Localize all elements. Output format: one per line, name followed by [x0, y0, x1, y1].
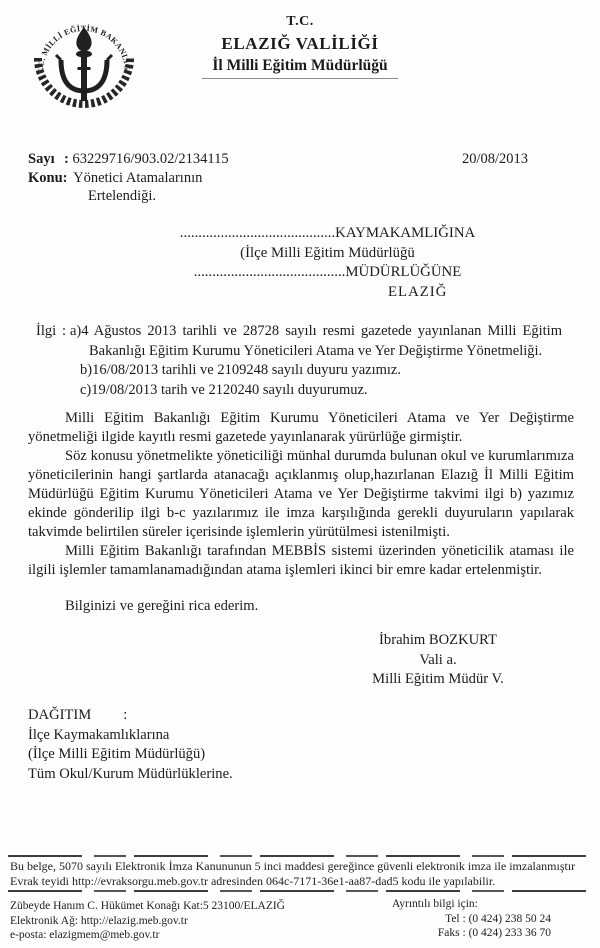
scanned-official-letter: T.C. MİLLİ EĞİTİM BAKANLIĞI T.C. ELAZIĞ …	[0, 0, 600, 948]
sayi-row: Sayı: 63229716/903.02/2134115	[28, 150, 229, 169]
konu-value-line1: Yönetici Atamalarının	[73, 170, 202, 186]
contact-email: e-posta: elazigmem@meb.gov.tr	[10, 928, 370, 943]
contact-left-column: Zübeyde Hanım C. Hükümet Konağı Kat:5 23…	[10, 899, 370, 943]
konu-value-line2: Ertelendiği.	[28, 187, 229, 206]
contact-website: Elektronik Ağ: http://elazig.meb.gov.tr	[10, 914, 370, 929]
esignature-line-1: Bu belge, 5070 sayılı Elektronik İmza Ka…	[10, 859, 592, 874]
addressee-line-kaymakamlik: ........................................…	[0, 224, 600, 244]
ilgi-item-a: a)4 Ağustos 2013 tarihli ve 28728 sayılı…	[70, 322, 562, 361]
header-org-line1: ELAZIĞ VALİLİĞİ	[0, 33, 600, 54]
contact-tel: Tel : (0 424) 238 50 24	[392, 912, 557, 927]
ilgi-label: İlgi	[36, 322, 56, 342]
body-paragraph-3: Milli Eğitim Bakanlığı tarafından MEBBİS…	[28, 542, 574, 580]
sayi-value: 63229716/903.02/2134115	[72, 151, 228, 167]
distribution-item-2: (İlçe Milli Eğitim Müdürlüğü)	[28, 745, 233, 765]
signer-name: İbrahim BOZKURT	[328, 631, 548, 651]
signer-title-2: Milli Eğitim Müdür V.	[328, 670, 548, 690]
konu-row: Konu: Yönetici Atamalarının	[28, 169, 229, 188]
divider-line-top	[8, 855, 592, 857]
document-date: 20/08/2013	[462, 151, 528, 168]
contact-right-column: Ayrıntılı bilgi için: Tel : (0 424) 238 …	[392, 897, 557, 941]
contact-info-title: Ayrıntılı bilgi için:	[392, 897, 557, 912]
konu-label: Konu:	[28, 169, 70, 188]
letter-body: Milli Eğitim Bakanlığı Eğitim Kurumu Yön…	[28, 409, 574, 616]
header-org-line2: İl Milli Eğitim Müdürlüğü	[202, 56, 397, 79]
addressee-city: ELAZIĞ	[0, 283, 600, 303]
divider-line-bottom	[8, 890, 592, 892]
header-tc: T.C.	[0, 13, 600, 31]
distribution-item-3: Tüm Okul/Kurum Müdürlüklerine.	[28, 765, 233, 785]
contact-faks: Faks : (0 424) 233 36 70	[392, 926, 557, 941]
sayi-colon: :	[64, 151, 69, 167]
esignature-notice: Bu belge, 5070 sayılı Elektronik İmza Ka…	[10, 859, 592, 888]
ilgi-item-c: c)19/08/2013 tarih ve 2120240 sayılı duy…	[70, 381, 562, 401]
signer-title-1: Vali a.	[328, 651, 548, 671]
contact-address: Zübeyde Hanım C. Hükümet Konağı Kat:5 23…	[10, 899, 370, 914]
letterhead: T.C. ELAZIĞ VALİLİĞİ İl Milli Eğitim Müd…	[0, 13, 600, 79]
distribution-label: DAĞITIM	[28, 707, 91, 723]
addressee-line-mudurluk: ........................................…	[0, 263, 600, 283]
body-closing-line: Bilginizi ve gereğini rica ederim.	[28, 597, 574, 616]
body-paragraph-2: Söz konusu yönetmelikte yöneticiliği mün…	[28, 447, 574, 542]
distribution-header: DAĞITIM:	[28, 706, 233, 726]
distribution-colon: :	[123, 707, 127, 723]
ilgi-colon: :	[62, 322, 66, 342]
ilgi-item-b: b)16/08/2013 tarihli ve 2109248 sayılı d…	[70, 361, 562, 381]
ilgi-items: a)4 Ağustos 2013 tarihli ve 28728 sayılı…	[70, 322, 562, 400]
signature-block: İbrahim BOZKURT Vali a. Milli Eğitim Müd…	[328, 631, 548, 690]
body-paragraph-1: Milli Eğitim Bakanlığı Eğitim Kurumu Yön…	[28, 409, 574, 447]
distribution-item-1: İlçe Kaymakamlıklarına	[28, 726, 233, 746]
distribution-block: DAĞITIM: İlçe Kaymakamlıklarına (İlçe Mi…	[28, 706, 233, 784]
meta-block: Sayı: 63229716/903.02/2134115 Konu: Yöne…	[28, 150, 229, 206]
sayi-label: Sayı	[28, 150, 64, 169]
esignature-line-2: Evrak teyidi http://evraksorgu.meb.gov.t…	[10, 874, 592, 889]
addressee-line-ilce-mem: (İlçe Milli Eğitim Müdürlüğü	[0, 244, 600, 264]
addressee-block: ........................................…	[0, 224, 600, 302]
